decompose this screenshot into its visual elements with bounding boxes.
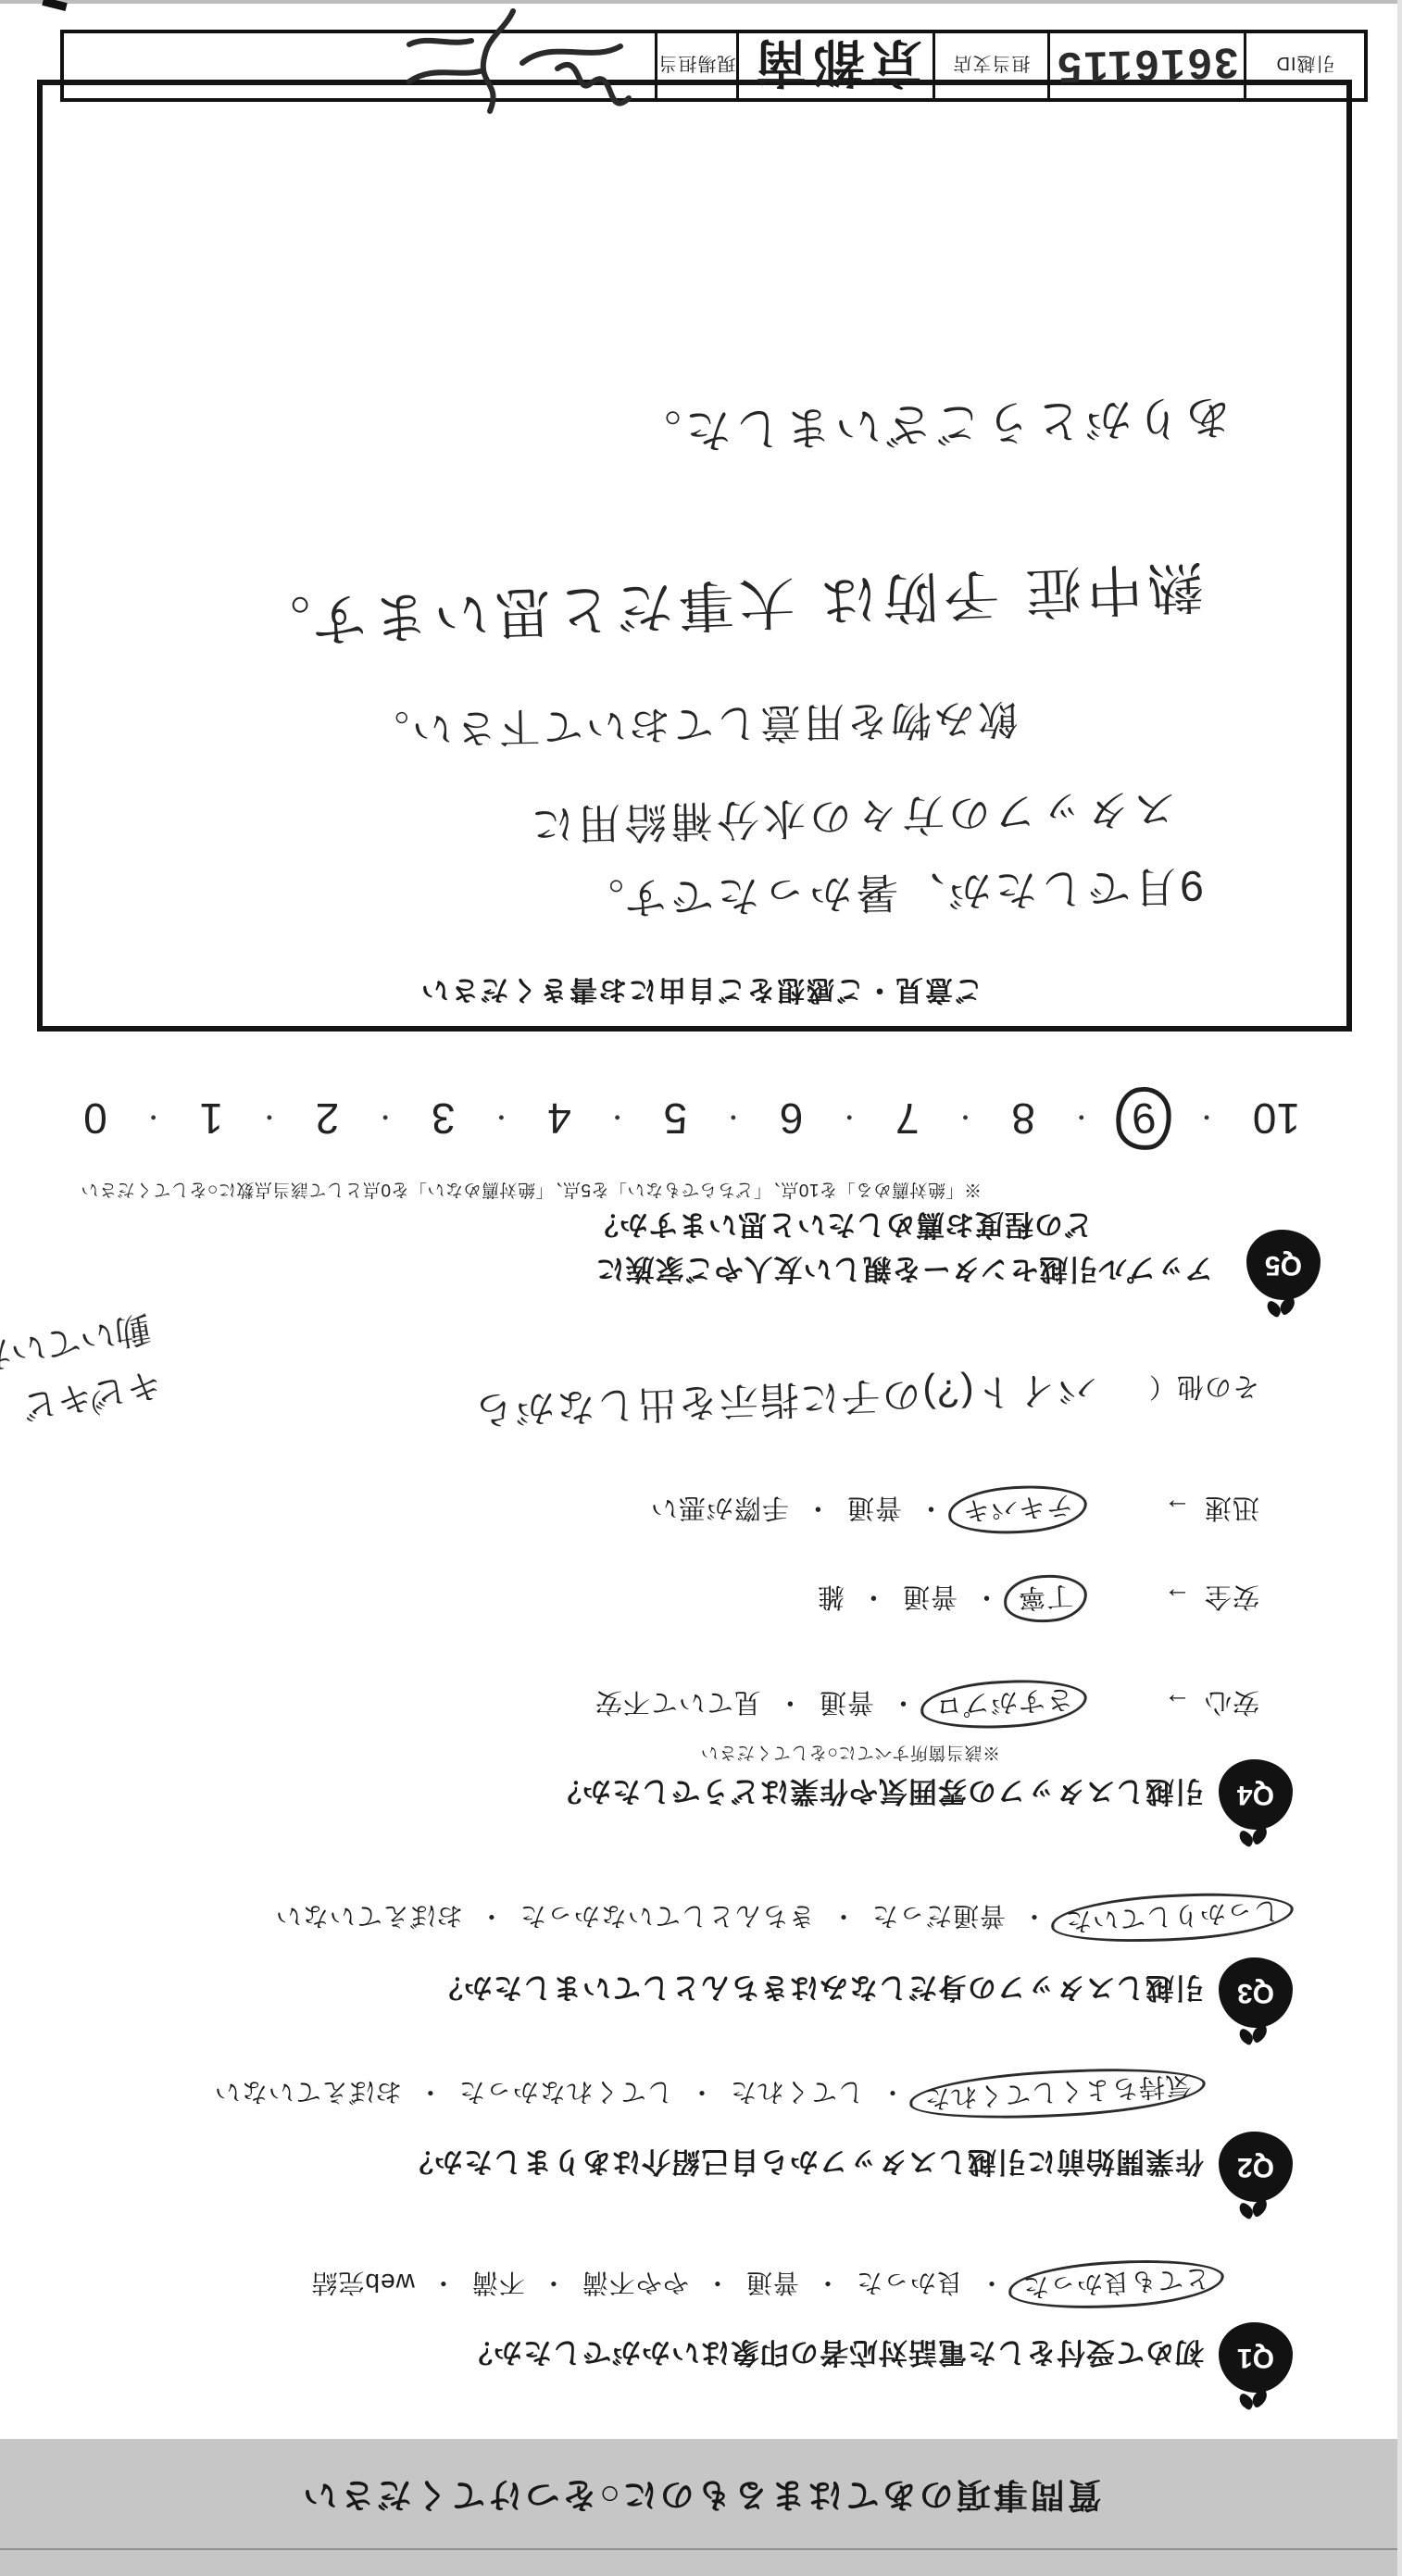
q5-title-line1: アップル引越センターを親しい友人やご家族に <box>595 1251 1213 1293</box>
option-separator: ・ <box>478 1902 505 1931</box>
scale-separator: ・ <box>837 1102 861 1136</box>
q2-badge: Q2 <box>1219 2132 1293 2202</box>
scale-separator: ・ <box>1070 1102 1094 1136</box>
staff-label: 現場担当 <box>658 53 736 80</box>
arrow-right-icon: → <box>1163 1582 1191 1611</box>
q4-badge-label: Q4 <box>1237 1779 1274 1810</box>
q1-badge: Q1 <box>1219 2322 1293 2393</box>
scale-separator: ・ <box>606 1102 630 1136</box>
option-separator: ・ <box>776 1687 804 1717</box>
option-separator: ・ <box>540 2269 567 2297</box>
handwritten-signature <box>374 4 661 124</box>
q3-option: おぼえていない <box>275 1902 463 1931</box>
option-separator: ・ <box>859 1582 887 1611</box>
option-separator: ・ <box>1020 1902 1047 1931</box>
option-separator: ・ <box>704 2269 731 2297</box>
staff-label-cell: 現場担当 <box>655 33 736 98</box>
q1-option: 普通 <box>745 2269 799 2297</box>
scale-separator: ・ <box>257 1102 282 1136</box>
q4-row-option-circled: さすがプロ <box>920 1676 1088 1732</box>
comment-box-label: ご意見・ご感想をご自由にお書きください <box>0 972 1402 1013</box>
option-separator: ・ <box>830 1902 857 1931</box>
q5-badge: Q5 <box>1246 1230 1321 1300</box>
q4-row-option: 見ていて不安 <box>595 1687 761 1717</box>
q4-row-anzen: 安全→丁寧・普通・雑 <box>817 1577 1259 1620</box>
q4-note: ※該当箇所すべてに○をしてください <box>700 1742 1000 1767</box>
q5-title-line2: どの程度お薦めしたいと思いますか？ <box>589 1207 1093 1248</box>
branch-stamp-cell: 京都南 <box>736 33 933 98</box>
scale-separator: ・ <box>373 1102 397 1136</box>
q3-badge: Q3 <box>1219 1957 1293 2028</box>
nps-value: 7 <box>895 1094 920 1144</box>
option-separator: ・ <box>972 1582 1000 1611</box>
q2-option: おぼえていない <box>214 2078 402 2107</box>
branch-label-cell: 担当支店 <box>933 33 1047 98</box>
q1-title: 初めて受付をした電話対応者の印象はいかがでしたか？ <box>463 2334 1204 2376</box>
q4-row-option-circled: テキパキ <box>947 1482 1088 1537</box>
option-separator: ・ <box>879 2078 906 2107</box>
option-separator: ・ <box>889 1687 917 1717</box>
footer-table: 引越ID 3616115 担当支店 京都南 現場担当 <box>60 30 1368 102</box>
scale-separator: ・ <box>489 1102 513 1136</box>
nps-value: 4 <box>547 1094 571 1144</box>
move-id-label-cell: 引越ID <box>1244 33 1364 98</box>
option-separator: ・ <box>917 1493 945 1522</box>
q3-option-circled: しっかりしていた <box>1050 1888 1295 1947</box>
q3-option: きちんとしていなかった <box>519 1902 815 1931</box>
option-separator: ・ <box>804 1493 832 1522</box>
survey-sheet-rotated-180: 質問事項のあてはまるものに○をつけてください Q1 初めて受付をした電話対応者の… <box>0 0 1402 2576</box>
scale-separator: ・ <box>953 1102 977 1136</box>
nps-value: 8 <box>1011 1094 1035 1144</box>
q4-row-label: 安全 <box>1204 1582 1259 1611</box>
q5-badge-label: Q5 <box>1265 1249 1302 1281</box>
q1-badge-label: Q1 <box>1237 2342 1274 2373</box>
option-separator: ・ <box>417 2078 444 2107</box>
q1-option-circled: とても良かった <box>1008 2256 1225 2313</box>
branch-stamp: 京都南 <box>750 29 922 103</box>
comment-line-3: 飲み物を用意しておいて下さい。 <box>365 693 1019 763</box>
q2-title: 作業開始前に引越しスタッフから自己紹介はありましたか？ <box>404 2144 1204 2185</box>
q3-title: 引越しスタッフの身だしなみはきちんとしていましたか？ <box>433 1970 1204 2011</box>
nps-scale: 10・9・8・7・6・5・4・3・2・1・0 <box>83 1089 1300 1148</box>
q4-row-option-circled: 丁寧 <box>1003 1573 1089 1625</box>
nps-value: 10 <box>1253 1094 1300 1144</box>
q4-title: 引越しスタッフの雰囲気や作業はどうでしたか？ <box>552 1773 1204 1815</box>
nps-value-circled: 9 <box>1113 1084 1174 1153</box>
q2-badge-label: Q2 <box>1237 2151 1274 2182</box>
q3-options: しっかりしていた・普通だった・きちんとしていなかった・おぼえていない <box>275 1896 1283 1939</box>
nps-value: 1 <box>199 1094 223 1144</box>
q4-row-label: 迅速 <box>1204 1493 1259 1522</box>
q4-badge: Q4 <box>1219 1759 1293 1830</box>
nps-value: 2 <box>316 1094 340 1144</box>
nps-value: 5 <box>664 1094 688 1144</box>
q1-option: やや不満 <box>582 2269 689 2297</box>
q4-row-option: 雑 <box>817 1582 845 1611</box>
move-id-value-cell: 3616115 <box>1047 33 1244 98</box>
q4-row-option: 普通 <box>819 1687 874 1717</box>
q4-other-handwriting: バイト(?)の子に指示を出しながら <box>472 1363 1097 1440</box>
scale-separator: ・ <box>721 1102 745 1136</box>
nps-value: 3 <box>432 1094 456 1144</box>
scale-separator: ・ <box>1195 1102 1219 1136</box>
q1-options: とても良かった・良かった・普通・やや不満・不満・web完結 <box>310 2263 1213 2306</box>
q1-option: 良かった <box>856 2269 963 2297</box>
scanned-survey-page: 質問事項のあてはまるものに○をつけてください Q1 初めて受付をした電話対応者の… <box>0 0 1402 2576</box>
q4-row-jinsoku: 迅速→テキパキ・普通・手際が悪い <box>650 1488 1259 1532</box>
q4-row-option: 手際が悪い <box>650 1493 789 1522</box>
move-id-handwritten-value: 3616115 <box>1055 38 1239 93</box>
q4-row-label: 安心 <box>1204 1687 1259 1717</box>
q2-option: してくれなかった <box>458 2078 673 2107</box>
q1-option: web完結 <box>310 2269 414 2297</box>
scale-separator: ・ <box>142 1102 166 1136</box>
option-separator: ・ <box>978 2269 1005 2297</box>
option-separator: ・ <box>430 2269 457 2297</box>
option-separator: ・ <box>688 2078 715 2107</box>
nps-value: 0 <box>83 1094 107 1144</box>
option-separator: ・ <box>814 2269 841 2297</box>
instruction-banner: 質問事項のあてはまるものに○をつけてください <box>0 2439 1402 2557</box>
q4-row-option: 普通 <box>846 1493 902 1522</box>
q4-row-option: 普通 <box>902 1582 958 1611</box>
q3-badge-label: Q3 <box>1237 1977 1274 2008</box>
branch-label: 担当支店 <box>953 53 1031 80</box>
q4-row-anshin: 安心→さすがプロ・普通・見ていて不安 <box>595 1682 1259 1726</box>
q4-other-label: その他（ <box>1148 1369 1259 1407</box>
arrow-right-icon: → <box>1163 1493 1191 1522</box>
move-id-label: 引越ID <box>1276 53 1335 80</box>
q2-option-circled: 気持ちよくしてくれた <box>908 2063 1207 2125</box>
instruction-banner-text: 質問事項のあてはまるものに○をつけてください <box>300 2473 1101 2523</box>
q5-note: ※「絶対薦める」を10点、「どちらでもない」を5点、「絶対薦めない」を0点として… <box>81 1179 982 1204</box>
q2-option: してくれた <box>730 2078 864 2107</box>
q2-options: 気持ちよくしてくれた・してくれた・してくれなかった・おぼえていない <box>214 2072 1195 2115</box>
q1-option: 不満 <box>471 2269 525 2297</box>
arrow-right-icon: → <box>1163 1687 1191 1717</box>
nps-value: 6 <box>780 1094 804 1144</box>
q3-option: 普通だった <box>871 1902 1006 1931</box>
